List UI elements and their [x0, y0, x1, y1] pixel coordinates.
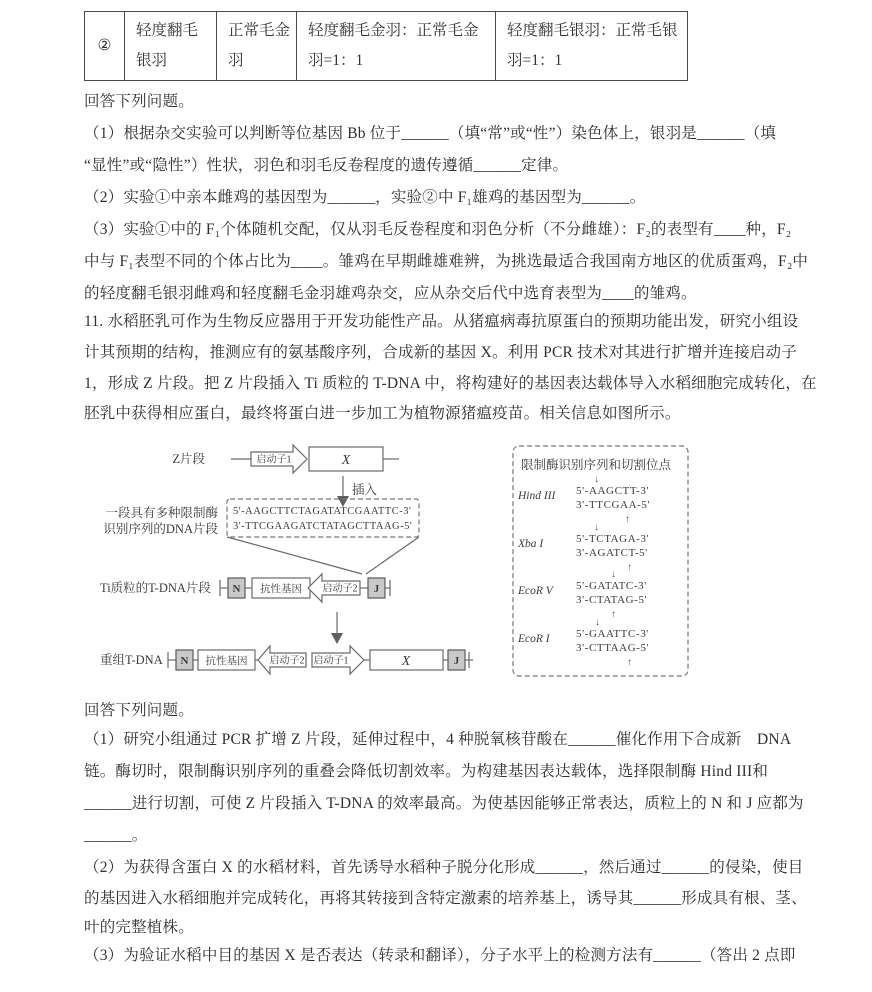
question-line: （1）研究小组通过 PCR 扩增 Z 片段，延伸过程中，4 种脱氧核苷酸在___… [84, 730, 791, 750]
promoter2-label: 启动子2 [270, 654, 305, 667]
recombinant-tdna-label: 重组T-DNA [100, 652, 163, 667]
n-site-label: N [181, 655, 189, 667]
promoter2-label: 启动子2 [323, 582, 358, 595]
exam-page: ② 轻度翻毛银羽 正常毛金羽 轻度翻毛金羽：正常毛金羽=1：1 轻度翻毛银羽：正… [0, 0, 872, 992]
question-line: “显性”或“隐性”）性状，羽色和羽毛反卷程度的遗传遵循______定律。 [84, 156, 568, 176]
cut-site-down-icon: ↓ [594, 474, 599, 485]
cut-site-up-icon: ↑ [611, 609, 616, 620]
resistance-gene-label: 抗性基因 [260, 582, 302, 595]
insert-label: 插入 [352, 482, 378, 497]
cut-site-down-icon: ↓ [595, 617, 600, 628]
table-cell-ratio-2: 轻度翻毛银羽：正常毛银羽=1：1 [495, 12, 687, 80]
table-cell-experiment-number: ② [85, 12, 124, 80]
dna-seq-top: 5'-AAGCTTCTAGATATCGAATTC-3' [233, 506, 411, 517]
question-line: 的轻度翻毛银羽雌鸡和轻度翻毛金羽雄鸡杂交，应从杂交后代中选育表型为____的雏鸡… [84, 284, 697, 304]
question-11-line: 1，形成 Z 片段。把 Z 片段插入 Ti 质粒的 T-DNA 中，将构建好的基… [84, 374, 817, 394]
question-line: 的基因进入水稻细胞并完成转化，再将其转接到含特定激素的培养基上，诱导其_____… [84, 889, 807, 909]
cut-site-down-icon: ↓ [594, 522, 599, 533]
gene-x-label: X [401, 654, 411, 669]
table-cell-male-parent: 正常毛金羽 [216, 12, 296, 80]
cut-site-up-icon: ↑ [627, 562, 632, 573]
question-line: （1）根据杂交实验可以判断等位基因 Bb 位于______（填“常”或“性”）染… [84, 124, 776, 144]
dna-seq-bottom: 3'-TTCGAAGATCTATAGCTTAAG-5' [233, 521, 412, 532]
cut-site-up-icon: ↑ [625, 514, 630, 525]
question-line: （3）为验证水稻中目的基因 X 是否表达（转录和翻译），分子水平上的检测方法有_… [84, 946, 796, 966]
enzyme-seq-top: 5'-GATATC-3' [576, 580, 647, 592]
enzyme-seq-bottom: 3'-CTATAG-5' [576, 594, 647, 606]
promoter1-label: 启动子1 [257, 453, 292, 466]
j-site-label: J [454, 655, 460, 667]
phenotype-table: ② 轻度翻毛银羽 正常毛金羽 轻度翻毛金羽：正常毛金羽=1：1 轻度翻毛银羽：正… [84, 11, 688, 81]
table-cell-ratio-1: 轻度翻毛金羽：正常毛金羽=1：1 [296, 12, 495, 80]
ti-tdna-label: Ti质粒的T-DNA片段 [100, 580, 211, 595]
z-fragment-label: Z片段 [172, 451, 205, 466]
enzyme-seq-top: 5'-AAGCTT-3' [576, 485, 649, 497]
enzyme-name: EcoR I [517, 633, 551, 645]
table-cell-female-parent: 轻度翻毛银羽 [124, 12, 216, 80]
question-line: ______进行切割，可使 Z 片段插入 T-DNA 的效率最高。为使基因能够正… [84, 794, 804, 814]
n-site-label: N [233, 583, 241, 595]
enzyme-seq-top: 5'-TCTAGA-3' [576, 533, 649, 545]
enzyme-seq-top: 5'-GAATTC-3' [576, 628, 649, 640]
dna-fragment-label-2: 识别序列的DNA片段 [103, 521, 218, 536]
question-line: （2）为获得含蛋白 X 的水稻材料，首先诱导水稻种子脱分化形成______，然后… [84, 858, 804, 878]
enzyme-name: EcoR V [517, 585, 555, 597]
cut-site-down-icon: ↓ [611, 569, 616, 580]
enzyme-seq-bottom: 3'-CTTAAG-5' [576, 642, 649, 654]
question-line: 链。酶切时，限制酶识别序列的重叠会降低切割效率。为构建基因表达载体，选择限制酶 … [84, 762, 768, 782]
question-line: （3）实验①中的 F₁个体随机交配，仅从羽毛反卷程度和羽色分析（不分雌雄）：F₂… [84, 220, 791, 240]
question-11-line: 11. 水稻胚乳可作为生物反应器用于开发功能性产品。从猪瘟病毒抗原蛋白的预期功能… [84, 312, 798, 332]
question-line: （2）实验①中亲本雌鸡的基因型为______，实验②中 F₁雄鸡的基因型为___… [84, 188, 645, 208]
question-line: 叶的完整植株。 [84, 918, 194, 938]
question-11-line: 胚乳中获得相应蛋白，最终将蛋白进一步加工为植物源猪瘟疫苗。相关信息如图所示。 [84, 404, 681, 424]
enzyme-seq-bottom: 3'-AGATCT-5' [576, 547, 648, 559]
promoter1-label: 启动子1 [314, 654, 349, 667]
j-site-label: J [374, 583, 380, 595]
resistance-gene-label: 抗性基因 [206, 654, 248, 667]
enzyme-panel-title: 限制酶识别序列和切割位点 [521, 457, 672, 472]
answer-prompt: 回答下列问题。 [84, 92, 194, 112]
gene-construct-diagram: Z片段 启动子1 X 插入 5'-AAGCTTCTAGATATCGAATTC-3… [88, 432, 703, 690]
enzyme-name: Xba I [517, 538, 544, 550]
enzyme-seq-bottom: 3'-TTCGAA-5' [576, 499, 650, 511]
cut-site-up-icon: ↑ [627, 657, 632, 668]
question-line: 中与 F₁表型不同的个体占比为____。雏鸡在早期雌雄难辨，为挑选最适合我国南方… [84, 252, 808, 272]
question-line: ______。 [84, 826, 147, 846]
answer-prompt: 回答下列问题。 [84, 701, 194, 721]
question-11-line: 计其预期的结构，推测应有的氨基酸序列，合成新的基因 X。利用 PCR 技术对其进… [84, 343, 797, 363]
gene-x-label: X [341, 453, 351, 468]
dna-fragment-label-1: 一段具有多种限制酶 [105, 505, 218, 520]
enzyme-name: Hind III [517, 490, 557, 502]
